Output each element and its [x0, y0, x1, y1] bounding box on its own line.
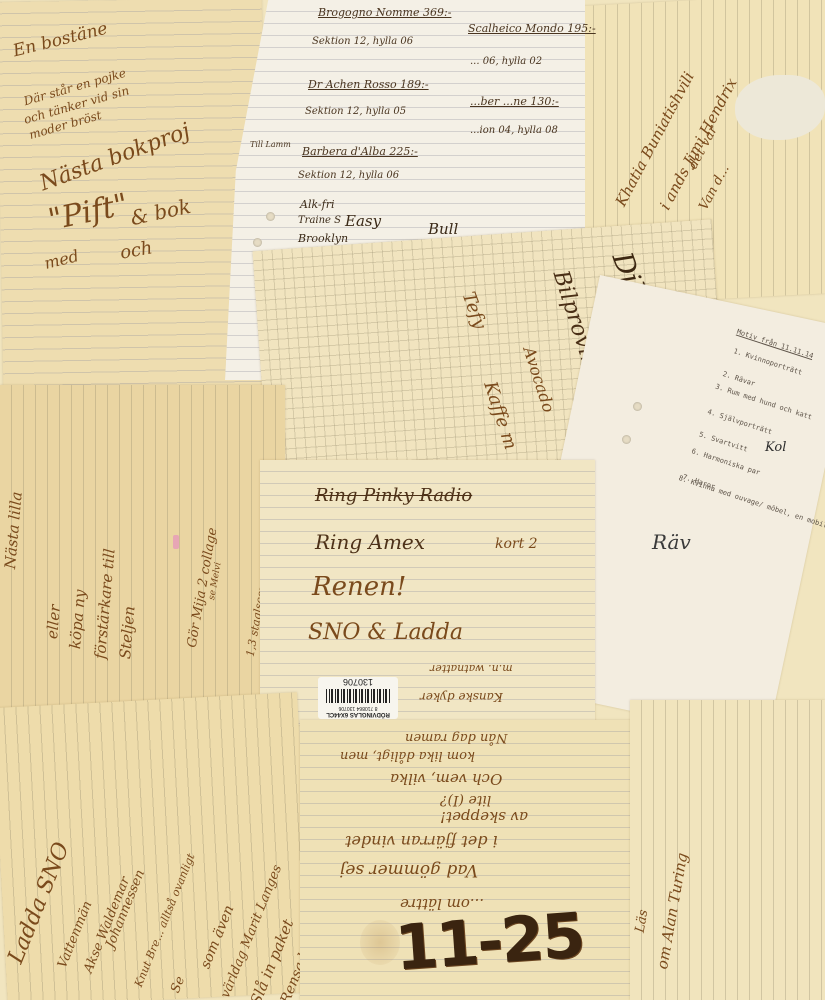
- scribble: Alk-fri: [300, 198, 335, 211]
- punch-hole: [253, 238, 262, 247]
- note-line: SNO & Ladda: [308, 620, 463, 645]
- scribble: Easy: [345, 212, 381, 230]
- pink-mark: [173, 535, 179, 549]
- note-line: Ring Pinky Radio: [315, 485, 472, 506]
- punch-hole: [266, 212, 275, 221]
- wine-name: Barbera d'Alba 225:-: [302, 145, 418, 158]
- wine-name: ...ber ...ne 130:-: [470, 95, 559, 108]
- note-line: Ring Amex: [315, 530, 425, 554]
- annotation: Kol: [765, 440, 786, 455]
- note-line: eller: [43, 604, 64, 640]
- scribble: Traine S: [298, 215, 341, 226]
- upside-down-line: Kanske dyker: [420, 690, 503, 704]
- punch-hole: [633, 402, 642, 411]
- upside-down-line: lite (I)?: [440, 792, 491, 808]
- barcode-brand: RÖDVINGLAS 6X44CL: [318, 711, 398, 717]
- upside-down-line: av skeppet!: [440, 808, 528, 826]
- wine-name: Brogogno Nomme 369:-: [318, 6, 451, 19]
- sheet-left-middle: [0, 385, 285, 715]
- barcode-label: RÖDVINGLAS 6X44CL 8 710864 130706 130706: [318, 677, 398, 719]
- note-line: kort 2: [495, 536, 538, 552]
- upside-down-line: Vad gömmer sej: [340, 860, 478, 880]
- barcode-bars: [326, 689, 390, 703]
- painted-number: 11-25: [393, 899, 586, 985]
- upside-down-line: Nån dag ramen: [405, 730, 508, 745]
- annotation: Räv: [652, 530, 691, 554]
- note-line: Renen!: [312, 572, 406, 602]
- artwork-canvas: En bostäne Där står en pojke och tänker …: [0, 0, 825, 1000]
- scribble: Brooklyn: [298, 232, 348, 245]
- wine-location: ...ion 04, hylla 08: [470, 125, 558, 136]
- scribble: Bull: [428, 220, 458, 238]
- upside-down-line: m.n. watnatter: [430, 662, 513, 675]
- wine-location: Sektion 12, hylla 06: [298, 170, 399, 181]
- upside-down-line: Och vem, vilka: [390, 770, 502, 788]
- wine-location: ... 06, hylla 02: [470, 56, 542, 67]
- punch-hole: [622, 435, 631, 444]
- side-note: Till Lamm: [250, 140, 291, 149]
- wine-name: Dr Achen Rosso 189:-: [308, 78, 429, 91]
- wine-location: Sektion 12, hylla 05: [305, 106, 406, 117]
- wine-location: Sektion 12, hylla 06: [312, 36, 413, 47]
- torn-hole: [735, 75, 825, 140]
- wine-name: Scalheico Mondo 195:-: [468, 22, 596, 35]
- barcode-number: 130706: [318, 677, 398, 687]
- upside-down-line: kom lika dåligt, men: [340, 748, 475, 763]
- upside-down-line: i det fjärran vindet: [345, 832, 498, 851]
